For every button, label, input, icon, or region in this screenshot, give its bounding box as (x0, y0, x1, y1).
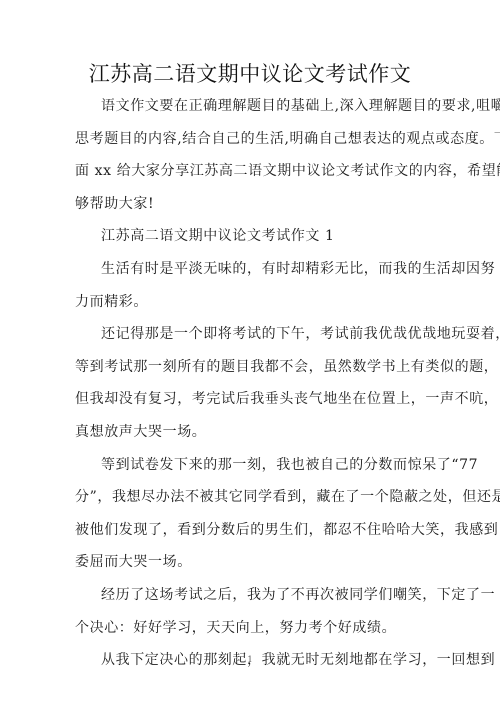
paragraph-line: 力而精彩。 (75, 292, 440, 325)
paragraph-line: 被他们发现了，看到分数后的男生们，都忍不住哈哈大笑，我感到 (75, 520, 440, 553)
paragraph-line: 但我却没有复习，考完试后我垂头丧气地坐在位置上，一声不吭， (75, 389, 440, 422)
paragraph-line: 分”，我想尽办法不被其它同学看到，藏在了一个隐蔽之处，但还是 (75, 487, 440, 520)
paragraph-line: 委屈而大哭一场。 (75, 552, 440, 585)
paragraph-line: 够帮助大家! (75, 194, 440, 227)
paragraph-line: 语文作文要在正确理解题目的基础上,深入理解题目的要求,咀嚼、 (75, 96, 440, 129)
document-body: 语文作文要在正确理解题目的基础上,深入理解题目的要求,咀嚼、 思考题目的内容,结… (75, 96, 440, 683)
page-number: 1 (0, 655, 500, 664)
paragraph-line: 经历了这场考试之后，我为了不再次被同学们嘲笑，下定了一 (75, 585, 440, 618)
paragraph-line: 等到试卷发下来的那一刻，我也被自己的分数而惊呆了“77 (75, 455, 440, 488)
document-page: 江苏高二语文期中议论文考试作文 语文作文要在正确理解题目的基础上,深入理解题目的… (0, 0, 500, 707)
paragraph-line: 还记得那是一个即将考试的下午，考试前我优哉优哉地玩耍着， (75, 324, 440, 357)
document-title: 江苏高二语文期中议论文考试作文 (0, 58, 500, 88)
paragraph-line: 思考题目的内容,结合自己的生活,明确自己想表达的观点或态度。下 (75, 129, 440, 162)
paragraph-line: 等到考试那一刻所有的题目我都不会，虽然数学书上有类似的题， (75, 357, 440, 390)
section-heading: 江苏高二语文期中议论文考试作文 1 (75, 226, 440, 259)
paragraph-line: 个决心：好好学习，天天向上，努力考个好成绩。 (75, 618, 440, 651)
paragraph-line: 真想放声大哭一场。 (75, 422, 440, 455)
paragraph-line: 生活有时是平淡无味的，有时却精彩无比，而我的生活却因努 (75, 259, 440, 292)
paragraph-line: 面 xx 给大家分享江苏高二语文期中议论文考试作文的内容，希望能 (75, 161, 440, 194)
